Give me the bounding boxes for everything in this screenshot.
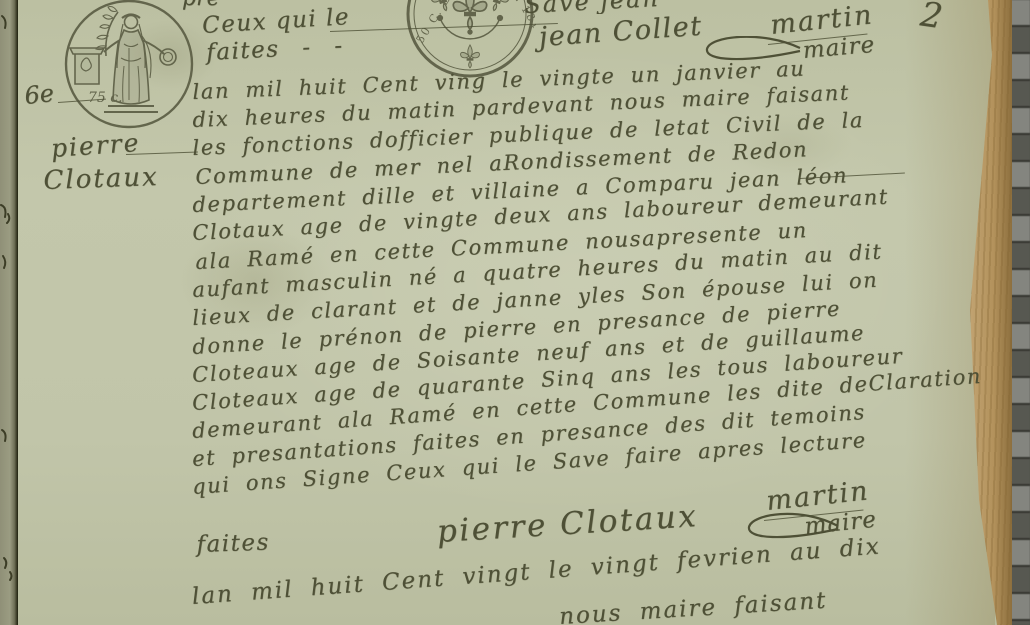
marianne-figure-stamp-icon: 75 c. (58, 0, 200, 138)
gutter-ink-marks (0, 0, 18, 625)
closing-word: faites (196, 529, 270, 558)
stamp-left-arc-text: 50 C. E (414, 0, 454, 46)
margin-signature-line2: Clotaux (43, 162, 159, 196)
handwritten-stamp-annotation: 6e (23, 79, 55, 110)
cut-word-fragment: pre (182, 0, 252, 11)
scanned-register-page: 75 c. 6e 50 C. E DE 1816. (0, 0, 1030, 625)
